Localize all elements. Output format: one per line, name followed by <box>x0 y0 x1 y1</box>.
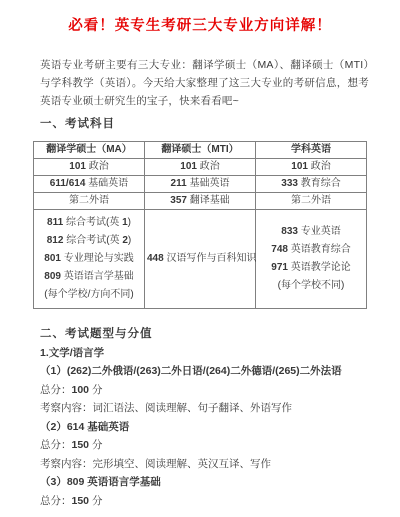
table-cell: 第二外语 <box>256 193 367 210</box>
table-cell-line: 811 综合考试(英 1) <box>36 214 142 232</box>
table-row-electives: 811 综合考试(英 1) 812 综合考试(英 2) 801 专业理论与实践 … <box>34 210 367 309</box>
table-cell-ma-electives: 811 综合考试(英 1) 812 综合考试(英 2) 801 专业理论与实践 … <box>34 210 145 309</box>
table-cell: 333 教育综合 <box>256 176 367 193</box>
subjects-table: 翻译学硕士（MA） 翻译硕士（MTI） 学科英语 101 政治 101 政治 1… <box>33 141 367 309</box>
table-cell-line: 812 综合考试(英 2) <box>36 232 142 250</box>
table-cell-line: 833 专业英语 <box>258 223 364 241</box>
table-cell-subject-electives: 833 专业英语 748 英语教育综合 971 英语教学论论 (每个学校不同) <box>256 210 367 309</box>
table-cell: 101 政治 <box>34 159 145 176</box>
exam-item-title: （1）(262)二外俄语/(263)二外日语/(264)二外德语/(265)二外… <box>40 362 400 381</box>
table-header-row: 翻译学硕士（MA） 翻译硕士（MTI） 学科英语 <box>34 142 367 159</box>
exam-item-score: 总分：100 分 <box>40 381 400 400</box>
table-cell-line: 748 英语教育综合 <box>258 241 364 259</box>
table-cell: 101 政治 <box>256 159 367 176</box>
table-cell: 第二外语 <box>34 193 145 210</box>
table-cell: 357 翻译基础 <box>145 193 256 210</box>
table-header-subject-english: 学科英语 <box>256 142 367 159</box>
section1-heading: 一、考试科目 <box>40 117 400 132</box>
table-row: 第二外语 357 翻译基础 第二外语 <box>34 193 367 210</box>
table-cell-line: 448 汉语写作与百科知识 <box>147 250 253 268</box>
table-cell-line: 809 英语语言学基础 <box>36 268 142 286</box>
exam-item-content: 考察内容：完形填空、阅读理解、英汉互译、写作 <box>40 455 400 474</box>
table-cell: 101 政治 <box>145 159 256 176</box>
table-row: 611/614 基础英语 211 基础英语 333 教育综合 <box>34 176 367 193</box>
table-cell-line: 971 英语教学论论 <box>258 259 364 277</box>
intro-paragraph: 英语专业考研主要有三大专业：翻译学硕士（MA）、翻译硕士（MTI）与学科教学（英… <box>40 56 369 110</box>
section2-heading: 二、考试题型与分值 <box>40 325 400 344</box>
exam-item-score: 总分：150 分 <box>40 436 400 455</box>
table-cell: 211 基础英语 <box>145 176 256 193</box>
exam-item-title: （2）614 基础英语 <box>40 418 400 437</box>
table-row: 101 政治 101 政治 101 政治 <box>34 159 367 176</box>
table-cell-line: (每个学校不同) <box>258 277 364 295</box>
table-cell-line: 801 专业理论与实践 <box>36 250 142 268</box>
section2: 二、考试题型与分值 1.文学/语言学 （1）(262)二外俄语/(263)二外日… <box>40 325 400 510</box>
document-page: 必看！英专生考研三大专业方向详解！ 英语专业考研主要有三大专业：翻译学硕士（MA… <box>0 0 400 517</box>
table-cell-mti-electives: 448 汉语写作与百科知识 <box>145 210 256 309</box>
table-cell: 611/614 基础英语 <box>34 176 145 193</box>
table-header-mti: 翻译硕士（MTI） <box>145 142 256 159</box>
table-header-ma: 翻译学硕士（MA） <box>34 142 145 159</box>
exam-item-content: 考察内容：词汇语法、阅读理解、句子翻译、外语写作 <box>40 399 400 418</box>
exam-item-title: （3）809 英语语言学基础 <box>40 473 400 492</box>
table-cell-line: (每个学校/方向不同) <box>36 286 142 304</box>
exam-item-score: 总分：150 分 <box>40 492 400 511</box>
page-title: 必看！英专生考研三大专业方向详解！ <box>20 16 380 36</box>
section2-group1-label: 1.文学/语言学 <box>40 344 400 363</box>
